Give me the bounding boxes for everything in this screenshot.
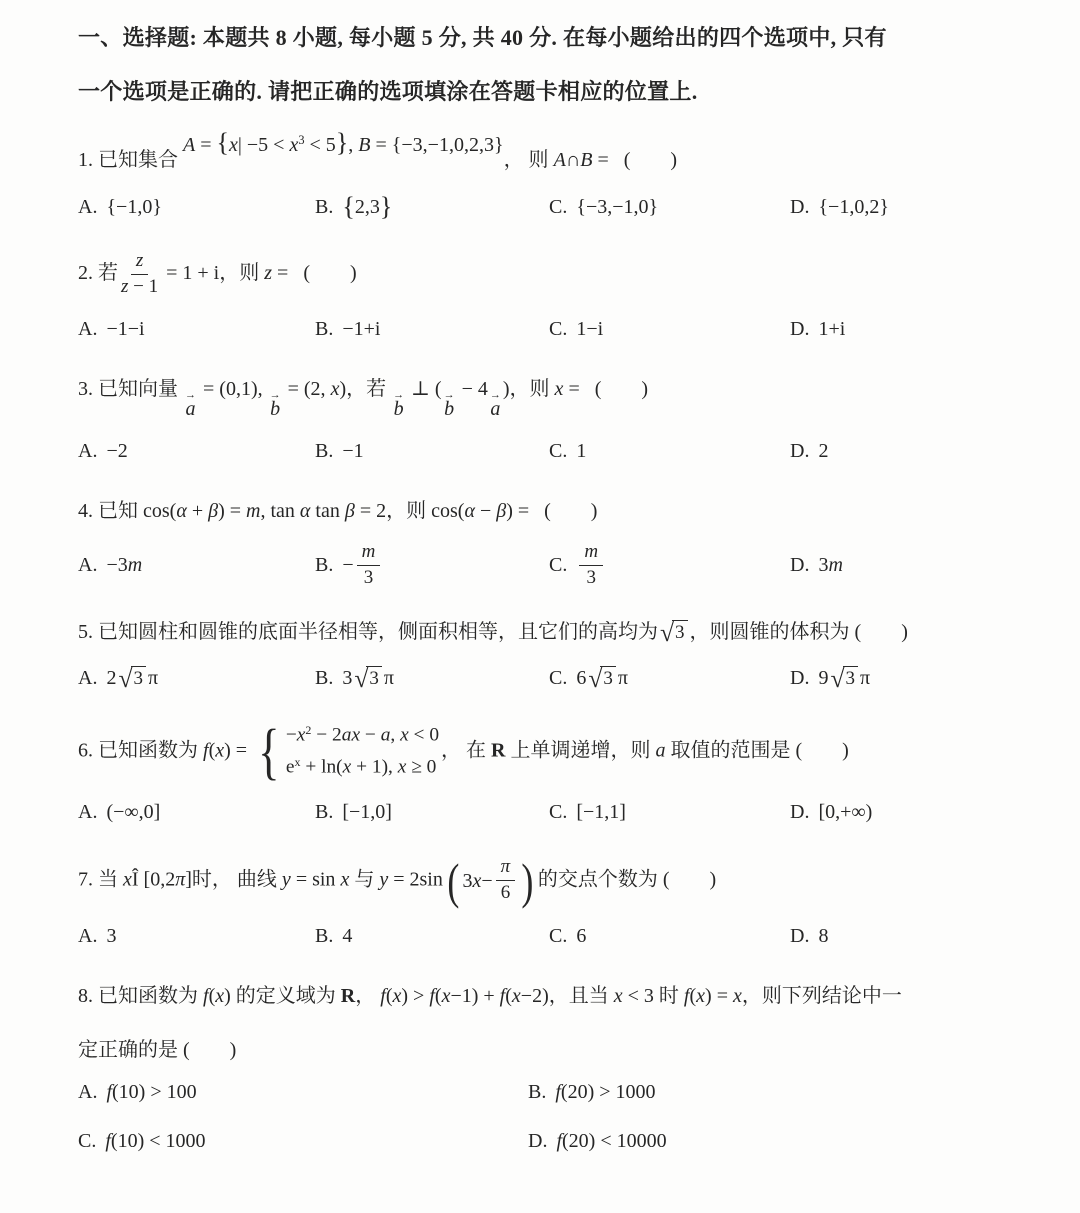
question-1-options: A.{−1,0}B.{2,3}C.{−3,−1,0}D.{−1,0,2} — [78, 191, 1024, 223]
option-content: (−∞,0] — [106, 801, 160, 824]
text-run: ) > — [401, 985, 429, 1007]
vector-symbol: b — [270, 399, 280, 420]
option-label: D. — [790, 801, 809, 824]
option-label: D. — [528, 1130, 547, 1153]
option-content: {2,3} — [342, 194, 392, 220]
fraction: m3 — [579, 542, 603, 589]
text-run: | −5 < — [238, 134, 290, 156]
vector: →a — [490, 391, 501, 420]
math-variable: x — [696, 985, 705, 1007]
text-run: = — [195, 134, 216, 156]
math-variable: x — [473, 866, 482, 896]
question-4: 4. 已知 cos(α + β) = m, tan α tan β = 2，则 … — [78, 496, 1024, 589]
question-6-options: A.(−∞,0]B.[−1,0]C.[−1,1]D.[0,+∞) — [78, 797, 1024, 829]
option-content: −3m — [106, 554, 142, 577]
text-run: 8 — [818, 925, 828, 948]
math-variable: β — [208, 500, 218, 522]
text-run: −1 — [342, 440, 363, 463]
text-run: + 1), — [351, 757, 397, 778]
math-variable: α — [464, 500, 475, 522]
question-7-stem: 7. 当 xÎ [0,2π]时， 曲线 y = sin x 与 y = 2sin… — [78, 857, 1024, 905]
fraction: m3 — [357, 542, 381, 589]
option-content: f(20) < 10000 — [556, 1130, 666, 1153]
text-run: = sin — [291, 868, 341, 890]
option-label: A. — [78, 801, 97, 824]
section-header: 一、选择题: 本题共 8 小题, 每小题 5 分, 共 40 分. 在每小题给出… — [78, 22, 1024, 107]
text-run: ) = — [224, 739, 252, 761]
vector-symbol: a — [186, 399, 196, 420]
bold-symbol: R — [491, 739, 505, 761]
text-run: 1+i — [818, 318, 845, 341]
question-5-option-D: D.9√3π — [790, 666, 1024, 692]
raised-formula: A = {x| −5 < x3 < 5}, B = {−3,−1,0,2,3} — [183, 130, 504, 160]
question-2-option-A: A.−1−i — [78, 318, 315, 341]
math-variable: B — [580, 149, 592, 171]
text-run: [−1,1] — [576, 801, 626, 824]
option-label: C. — [549, 801, 567, 824]
text-run: ， — [355, 985, 380, 1007]
text-run: 4. 已知 cos( — [78, 500, 176, 522]
text-run: + ln( — [300, 757, 342, 778]
text-run: 3 — [364, 567, 374, 588]
question-6-option-C: C.[−1,1] — [549, 801, 790, 824]
text-run: − 2 — [311, 725, 341, 746]
question-2: 2. 若zz − 1 = 1 + i，则 z = ( )A.−1−iB.−1+i… — [78, 251, 1024, 346]
math-variable: x — [289, 134, 298, 156]
header-line-2: 一个选项是正确的. 请把正确的选项填涂在答题卡相应的位置上. — [78, 76, 1024, 107]
text-run: 3 — [369, 668, 379, 689]
text-run: − — [481, 866, 492, 896]
option-label: A. — [78, 1081, 97, 1104]
text-run: {−1,0} — [106, 196, 161, 219]
text-run: − — [286, 725, 297, 746]
text-run: −1) + — [450, 985, 499, 1007]
question-8-option-B: B.f(20) > 1000 — [528, 1081, 1024, 1104]
question-8-option-A: A.f(10) > 100 — [78, 1081, 528, 1104]
cases-rows: −x2 − 2ax − a, x < 0ex + ln(x + 1), x ≥ … — [284, 724, 439, 779]
text-run: ， 则 — [504, 149, 554, 171]
question-5-stem-line: 5. 已知圆柱和圆锥的底面半径相等，侧面积相等，且它们的高均为√3，则圆锥的体积… — [78, 617, 1024, 647]
option-label: A. — [78, 925, 97, 948]
square-root: √3 — [118, 666, 146, 692]
vector: →a — [185, 391, 196, 420]
piecewise-cases: {−x2 − 2ax − a, x < 0ex + ln(x + 1), x ≥… — [254, 723, 439, 781]
text-run: 的交点个数为 ( ) — [538, 868, 716, 890]
text-run: + — [187, 500, 208, 522]
text-run: = 2sin — [388, 868, 443, 890]
text-run: ∩ — [566, 149, 580, 171]
open-paren: ( — [447, 857, 459, 905]
math-variable: x — [215, 985, 224, 1007]
question-2-option-C: C.1−i — [549, 318, 790, 341]
question-8: 8. 已知函数为 f(x) 的定义域为 R， f(x) > f(x−1) + f… — [78, 981, 1024, 1153]
option-content: 9√3π — [818, 666, 870, 692]
question-4-options: A.−3mB.−m3C.m3D.3m — [78, 542, 1024, 589]
option-label: D. — [790, 318, 809, 341]
text-run: 4 — [342, 925, 352, 948]
question-5: 5. 已知圆柱和圆锥的底面半径相等，侧面积相等，且它们的高均为√3，则圆锥的体积… — [78, 617, 1024, 695]
question-5-option-B: B.3√3π — [315, 666, 549, 692]
text-run: = (2, — [283, 378, 331, 400]
text-run: − 4 — [457, 378, 488, 400]
text-run: 上单调递增，则 — [505, 739, 655, 761]
option-content: 1+i — [818, 318, 845, 341]
text-run: = ( ) — [272, 262, 357, 284]
question-7-options: A.3B.4C.6D.8 — [78, 921, 1024, 953]
question-5-option-A: A.2√3π — [78, 666, 315, 692]
text-run: ， 在 — [441, 739, 491, 761]
option-content: 3√3π — [342, 666, 394, 692]
exam-page: 一、选择题: 本题共 8 小题, 每小题 5 分, 共 40 分. 在每小题给出… — [0, 0, 1080, 1153]
question-4-option-D: D.3m — [790, 554, 1024, 577]
option-content: f(20) > 1000 — [555, 1081, 655, 1104]
option-content: 1−i — [576, 318, 603, 341]
text-run: 6 — [501, 882, 511, 903]
math-variable: B — [358, 134, 370, 156]
question-6-option-D: D.[0,+∞) — [790, 801, 1024, 824]
question-3-option-B: B.−1 — [315, 440, 549, 463]
text-run: π — [148, 667, 158, 690]
math-variable: m — [246, 500, 260, 522]
option-label: D. — [790, 667, 809, 690]
question-3-option-A: A.−2 — [78, 440, 315, 463]
text-run: −2)，且当 — [521, 985, 614, 1007]
question-1-option-D: D.{−1,0,2} — [790, 196, 1024, 219]
question-8-stem: 8. 已知函数为 f(x) 的定义域为 R， f(x) > f(x−1) + f… — [78, 981, 1024, 1065]
option-label: B. — [315, 925, 333, 948]
radicand: 3 — [672, 620, 688, 644]
math-variable: y — [282, 868, 291, 890]
option-content: [−1,1] — [576, 801, 626, 824]
math-variable: m — [828, 554, 842, 577]
text-run: 8. 已知函数为 — [78, 985, 203, 1007]
text-run: (20) < 10000 — [562, 1130, 667, 1153]
question-1-option-C: C.{−3,−1,0} — [549, 196, 790, 219]
question-5-stem: 5. 已知圆柱和圆锥的底面半径相等，侧面积相等，且它们的高均为√3，则圆锥的体积… — [78, 617, 1024, 647]
text-run: ，则下列结论中一 — [742, 985, 902, 1007]
question-8-option-C: C.f(10) < 1000 — [78, 1130, 528, 1153]
option-content: 3m — [818, 554, 842, 577]
question-6-option-B: B.[−1,0] — [315, 801, 549, 824]
fraction-numerator: m — [579, 542, 603, 566]
option-label: C. — [78, 1130, 96, 1153]
question-8-options: A.f(10) > 100B.f(20) > 1000C.f(10) < 100… — [78, 1081, 1024, 1153]
question-8-option-D: D.f(20) < 10000 — [528, 1130, 1024, 1153]
text-run: , — [348, 134, 358, 156]
text-run: = ( ) — [563, 378, 648, 400]
text-run: = 1 + i，则 — [161, 262, 264, 284]
option-label: D. — [790, 554, 809, 577]
question-2-option-B: B.−1+i — [315, 318, 549, 341]
question-7-stem-line: 7. 当 xÎ [0,2π]时， 曲线 y = sin x 与 y = 2sin… — [78, 857, 1024, 905]
text-run: {−1,0,2} — [818, 196, 888, 219]
option-label: C. — [549, 318, 567, 341]
text-run: 2 — [106, 667, 116, 690]
fraction-denominator: 6 — [501, 881, 511, 904]
text-run: tan — [310, 500, 344, 522]
question-8-stem-line: 定正确的是 ( ) — [78, 1035, 1024, 1065]
big-parentheses: (3x − π6) — [445, 857, 536, 905]
option-content: 2 — [818, 440, 828, 463]
math-variable: x — [123, 868, 132, 890]
big-delimiter: { — [342, 194, 354, 220]
vector-symbol: b — [394, 399, 404, 420]
vector: →b — [393, 391, 404, 420]
text-run: 3 — [586, 567, 596, 588]
text-run: ) = — [705, 985, 733, 1007]
question-1-option-A: A.{−1,0} — [78, 196, 315, 219]
text-run: 取值的范围是 ( ) — [665, 739, 848, 761]
text-run: π — [384, 667, 394, 690]
text-run: − — [475, 500, 496, 522]
option-label: A. — [78, 554, 97, 577]
option-label: B. — [315, 196, 333, 219]
radicand: 3 — [366, 666, 382, 690]
text-run: 3. 已知向量 — [78, 378, 183, 400]
square-root: √3 — [660, 620, 688, 646]
text-run: ) 的定义域为 — [224, 985, 341, 1007]
text-run: ( — [435, 985, 442, 1007]
vector-symbol: b — [444, 399, 454, 420]
big-delimiter: } — [336, 128, 348, 157]
text-run: 2 — [818, 440, 828, 463]
text-run: = 2，则 cos( — [355, 500, 465, 522]
question-7-option-D: D.8 — [790, 925, 1024, 948]
math-variable: A — [183, 134, 195, 156]
text-run: − — [342, 554, 353, 577]
option-content: f(10) < 1000 — [105, 1130, 205, 1153]
option-label: A. — [78, 440, 97, 463]
option-label: B. — [315, 667, 333, 690]
text-run: ]时， 曲线 — [185, 868, 282, 890]
close-paren: ) — [522, 857, 534, 905]
option-content: {−1,0} — [106, 196, 161, 219]
option-content: 6√3π — [576, 666, 628, 692]
option-content: 4 — [342, 925, 352, 948]
cases-brace: { — [258, 723, 279, 781]
text-run: 与 — [349, 868, 379, 890]
question-5-option-C: C.6√3π — [549, 666, 790, 692]
text-run: 3 — [106, 925, 116, 948]
question-2-options: A.−1−iB.−1+iC.1−iD.1+i — [78, 314, 1024, 346]
math-variable: m — [362, 541, 376, 562]
question-7-option-B: B.4 — [315, 925, 549, 948]
text-run: < 5 — [305, 134, 336, 156]
option-content: −1−i — [106, 318, 144, 341]
fraction: π6 — [496, 857, 516, 904]
text-run: [0,+∞) — [818, 801, 872, 824]
text-run: − 1 — [128, 276, 158, 297]
text-run: −2 — [106, 440, 127, 463]
text-run: = (0,1), — [198, 378, 268, 400]
option-content: {−1,0,2} — [818, 196, 888, 219]
question-1-stem: 1. 已知集合 A = {x| −5 < x3 < 5}, B = {−3,−1… — [78, 130, 1024, 175]
text-run: 6 — [576, 667, 586, 690]
math-variable: α — [176, 500, 187, 522]
text-run: 3 — [463, 866, 473, 896]
cases-row: ex + ln(x + 1), x ≥ 0 — [286, 756, 439, 779]
text-run: −3 — [106, 554, 127, 577]
question-7-option-A: A.3 — [78, 925, 315, 948]
math-variable: a — [655, 739, 665, 761]
text-run: < 0 — [409, 725, 439, 746]
math-variable: x — [400, 725, 409, 746]
option-label: C. — [549, 554, 567, 577]
text-run: = ( ) — [592, 149, 677, 171]
square-root: √3 — [588, 666, 616, 692]
big-delimiter: { — [217, 128, 229, 157]
text-run: (−∞,0] — [106, 801, 160, 824]
option-label: C. — [549, 196, 567, 219]
text-run: ，则圆锥的体积为 ( ) — [690, 621, 908, 643]
text-run: 3 — [846, 668, 856, 689]
text-run: 3 — [818, 554, 828, 577]
question-3: 3. 已知向量 →a = (0,1), →b = (2, x)，若 →b ⊥ (… — [78, 374, 1024, 468]
option-label: A. — [78, 318, 97, 341]
text-run: 3 — [342, 667, 352, 690]
math-variable: a — [381, 725, 391, 746]
radicand: 3 — [131, 666, 147, 690]
text-run: 6. 已知函数为 — [78, 739, 203, 761]
math-variable: β — [345, 500, 355, 522]
text-run: 2. 若 — [78, 262, 118, 284]
option-content: 8 — [818, 925, 828, 948]
radicand: 3 — [843, 666, 859, 690]
math-variable: m — [128, 554, 142, 577]
question-1-stem-line: 1. 已知集合 A = {x| −5 < x3 < 5}, B = {−3,−1… — [78, 130, 1024, 175]
option-content: m3 — [576, 542, 606, 589]
math-variable: α — [300, 500, 311, 522]
option-label: B. — [315, 801, 333, 824]
math-variable: x — [340, 868, 349, 890]
option-label: C. — [549, 667, 567, 690]
option-label: B. — [315, 318, 333, 341]
fraction-numerator: z — [131, 251, 148, 275]
math-variable: x — [351, 725, 360, 746]
header-line-1: 一、选择题: 本题共 8 小题, 每小题 5 分, 共 40 分. 在每小题给出… — [78, 22, 1024, 53]
text-run: 9 — [818, 667, 828, 690]
text-run: 3 — [675, 622, 685, 643]
vector-symbol: a — [490, 399, 500, 420]
text-run: )，则 — [503, 378, 555, 400]
question-3-stem: 3. 已知向量 →a = (0,1), →b = (2, x)，若 →b ⊥ (… — [78, 374, 1024, 420]
big-delimiter: } — [380, 194, 392, 220]
question-3-stem-line: 3. 已知向量 →a = (0,1), →b = (2, x)，若 →b ⊥ (… — [78, 374, 1024, 420]
bold-symbol: R — [341, 985, 355, 1007]
math-variable: y — [379, 868, 388, 890]
math-variable: x — [215, 739, 224, 761]
text-run: < 3 时 — [623, 985, 684, 1007]
question-6-stem: 6. 已知函数为 f(x) = {−x2 − 2ax − a, x < 0ex … — [78, 723, 1024, 781]
option-label: C. — [549, 925, 567, 948]
option-label: A. — [78, 667, 97, 690]
question-6-option-A: A.(−∞,0] — [78, 801, 315, 824]
question-2-option-D: D.1+i — [790, 318, 1024, 341]
question-4-option-C: C.m3 — [549, 542, 790, 589]
option-content: f(10) > 100 — [106, 1081, 196, 1104]
fraction-denominator: 3 — [586, 566, 596, 589]
text-run: = {−3,−1,0,2,3} — [371, 134, 504, 156]
question-4-stem: 4. 已知 cos(α + β) = m, tan α tan β = 2，则 … — [78, 496, 1024, 526]
option-label: D. — [790, 196, 809, 219]
question-4-option-A: A.−3m — [78, 554, 315, 577]
text-run: 3 — [603, 668, 613, 689]
math-variable: x — [229, 134, 238, 156]
square-root: √3 — [354, 666, 382, 692]
questions-list: 1. 已知集合 A = {x| −5 < x3 < 5}, B = {−3,−1… — [78, 130, 1024, 1153]
vector: →b — [270, 391, 281, 420]
text-run: Î [0,2 — [132, 868, 175, 890]
option-content: −m3 — [342, 542, 383, 589]
math-variable: A — [554, 149, 566, 171]
math-variable: x — [343, 757, 352, 778]
text-run: − — [360, 725, 381, 746]
question-2-stem: 2. 若zz − 1 = 1 + i，则 z = ( ) — [78, 251, 1024, 298]
cases-row: −x2 − 2ax − a, x < 0 — [286, 724, 439, 747]
text-run: ) = ( ) — [506, 500, 597, 522]
text-run: 1 — [576, 440, 586, 463]
option-label: D. — [790, 925, 809, 948]
option-content: 3 — [106, 925, 116, 948]
question-1-option-B: B.{2,3} — [315, 194, 549, 220]
option-content: −1+i — [342, 318, 380, 341]
text-run: 6 — [576, 925, 586, 948]
text-run: −1−i — [106, 318, 144, 341]
text-run: (10) > 100 — [112, 1081, 197, 1104]
question-4-option-B: B.−m3 — [315, 542, 549, 589]
text-run: 1. 已知集合 — [78, 149, 183, 171]
option-content: {−3,−1,0} — [576, 196, 658, 219]
text-run: )，若 — [339, 378, 391, 400]
question-6: 6. 已知函数为 f(x) = {−x2 − 2ax − a, x < 0ex … — [78, 723, 1024, 829]
question-6-stem-line: 6. 已知函数为 f(x) = {−x2 − 2ax − a, x < 0ex … — [78, 723, 1024, 781]
option-label: B. — [528, 1081, 546, 1104]
option-label: B. — [315, 440, 333, 463]
paren-content: 3x − π6 — [462, 857, 520, 904]
question-5-options: A.2√3πB.3√3πC.6√3πD.9√3π — [78, 663, 1024, 695]
math-variable: m — [584, 541, 598, 562]
option-content: 2√3π — [106, 666, 158, 692]
fraction-denominator: z − 1 — [121, 275, 158, 298]
text-run: 2,3 — [355, 196, 380, 219]
text-run: 3 — [134, 668, 144, 689]
question-1: 1. 已知集合 A = {x| −5 < x3 < 5}, B = {−3,−1… — [78, 130, 1024, 223]
math-variable: x — [512, 985, 521, 1007]
math-variable: z — [136, 250, 143, 271]
option-content: 6 — [576, 925, 586, 948]
vector: →b — [444, 391, 455, 420]
question-3-options: A.−2B.−1C.1D.2 — [78, 436, 1024, 468]
option-content: −2 — [106, 440, 127, 463]
fraction-numerator: π — [496, 857, 516, 881]
question-3-option-C: C.1 — [549, 440, 790, 463]
text-run: ≥ 0 — [406, 757, 436, 778]
option-content: [−1,0] — [342, 801, 392, 824]
text-run: π — [618, 667, 628, 690]
text-run: (10) < 1000 — [111, 1130, 206, 1153]
option-label: C. — [549, 440, 567, 463]
text-run: ) = — [218, 500, 246, 522]
math-variable: x — [733, 985, 742, 1007]
math-variable: x — [614, 985, 623, 1007]
text-run: ( — [505, 985, 512, 1007]
question-7: 7. 当 xÎ [0,2π]时， 曲线 y = sin x 与 y = 2sin… — [78, 857, 1024, 953]
option-content: [0,+∞) — [818, 801, 872, 824]
question-2-stem-line: 2. 若zz − 1 = 1 + i，则 z = ( ) — [78, 251, 1024, 298]
question-8-stem-line: 8. 已知函数为 f(x) 的定义域为 R， f(x) > f(x−1) + f… — [78, 981, 1024, 1011]
text-run: , — [390, 725, 400, 746]
math-variable: a — [342, 725, 352, 746]
